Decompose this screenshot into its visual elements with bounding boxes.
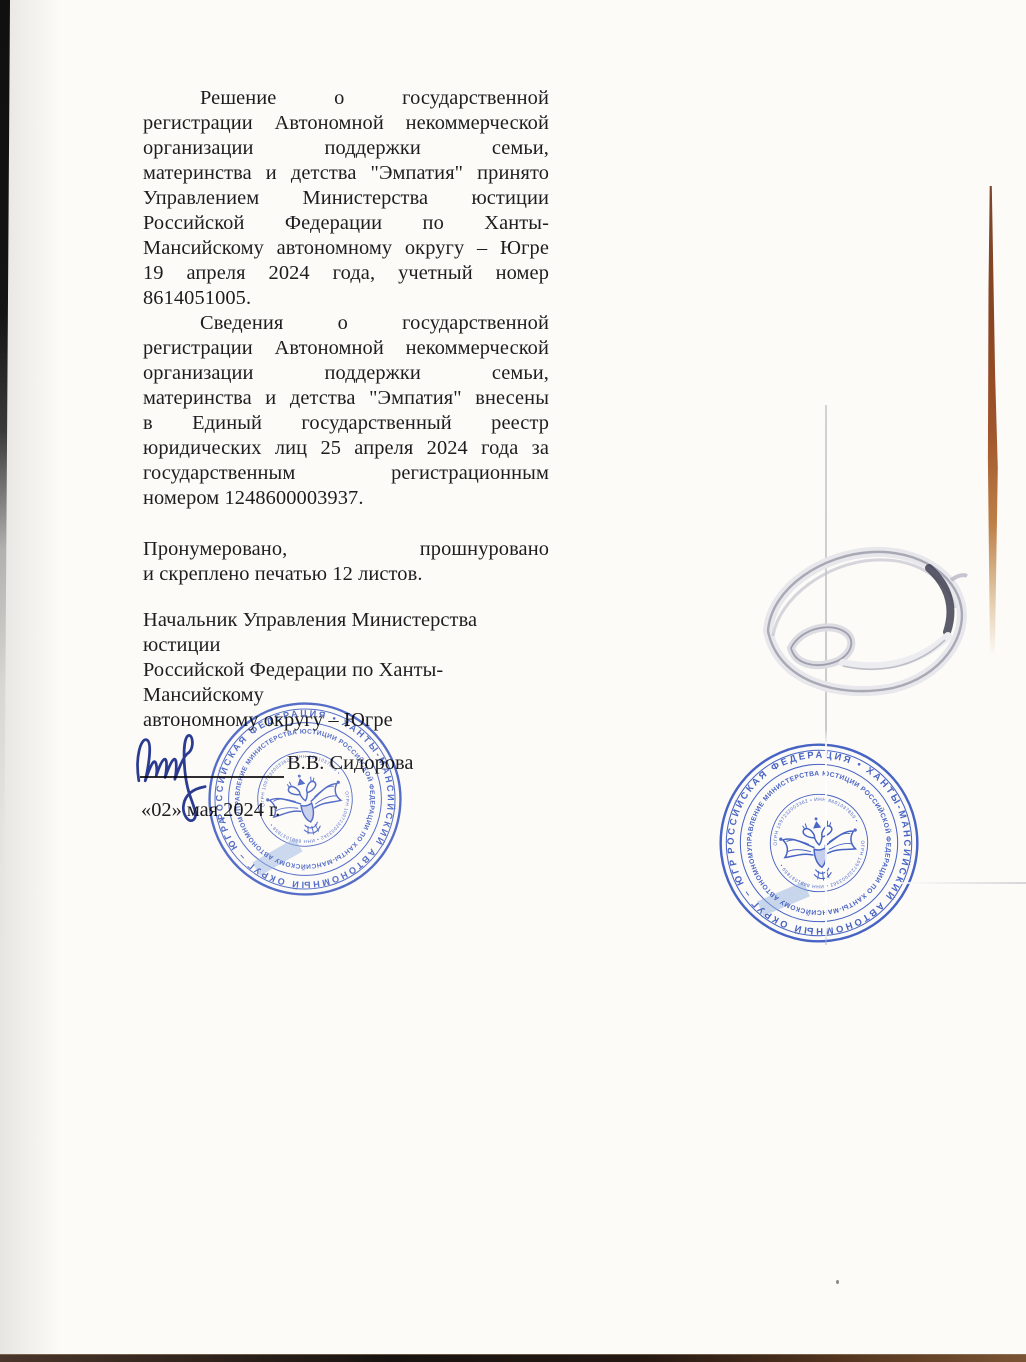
paragraph-registration-decision: Решение о государственной регистрации Ав… [143, 86, 549, 311]
binding-note: Пронумеровано, прошнуровано и скреплено … [143, 537, 549, 587]
document-text-column: Решение о государственной регистрации Ав… [143, 86, 549, 733]
paragraph-egrul-record: Сведения о государственной регистрации А… [143, 311, 549, 511]
binding-thread [743, 536, 975, 728]
text-line: Управлением Министерства юстиции [143, 186, 549, 211]
text-line: материнства и детства "Эмпатия" внесены [143, 386, 549, 411]
text-line: в Единый государственный реестр [143, 411, 549, 436]
text-line: организации поддержки семьи, [143, 136, 549, 161]
binding-edge-strip [984, 186, 999, 656]
text-line: Мансийскому автономному округу – Югре [143, 236, 549, 261]
text-line: государственным регистрационным [143, 461, 549, 486]
text-line: и скреплено печатью 12 листов. [143, 562, 549, 587]
text-line: 8614051005. [143, 286, 549, 311]
text-line: Сведения о государственной [143, 311, 549, 336]
text-line: юстиции [143, 633, 549, 658]
ministry-seal-right [716, 740, 922, 946]
text-line: Пронумеровано, прошнуровано [143, 537, 549, 562]
handwritten-signature-icon [133, 718, 289, 826]
text-line: регистрации Автономной некоммерческой [143, 111, 549, 136]
text-line: Российской Федерации по Ханты- [143, 211, 549, 236]
text-line: юридических лиц 25 апреля 2024 года за [143, 436, 549, 461]
scan-speck [836, 1280, 839, 1284]
text-line: регистрации Автономной некоммерческой [143, 336, 549, 361]
text-line: организации поддержки семьи, [143, 361, 549, 386]
text-line: номером 1248600003937. [143, 486, 549, 511]
text-line: Российской Федерации по Ханты- [143, 658, 549, 683]
scanned-document-page: Решение о государственной регистрации Ав… [0, 0, 1026, 1362]
text-line: Начальник Управления Министерства [143, 608, 549, 633]
text-line: Решение о государственной [143, 86, 549, 111]
scan-edge-bottom [0, 1354, 1026, 1362]
text-line: 19 апреля 2024 года, учетный номер [143, 261, 549, 286]
horizontal-fold-crease [893, 882, 1026, 884]
text-line: материнства и детства "Эмпатия" принято [143, 161, 549, 186]
scan-shadow-left [0, 0, 60, 1362]
